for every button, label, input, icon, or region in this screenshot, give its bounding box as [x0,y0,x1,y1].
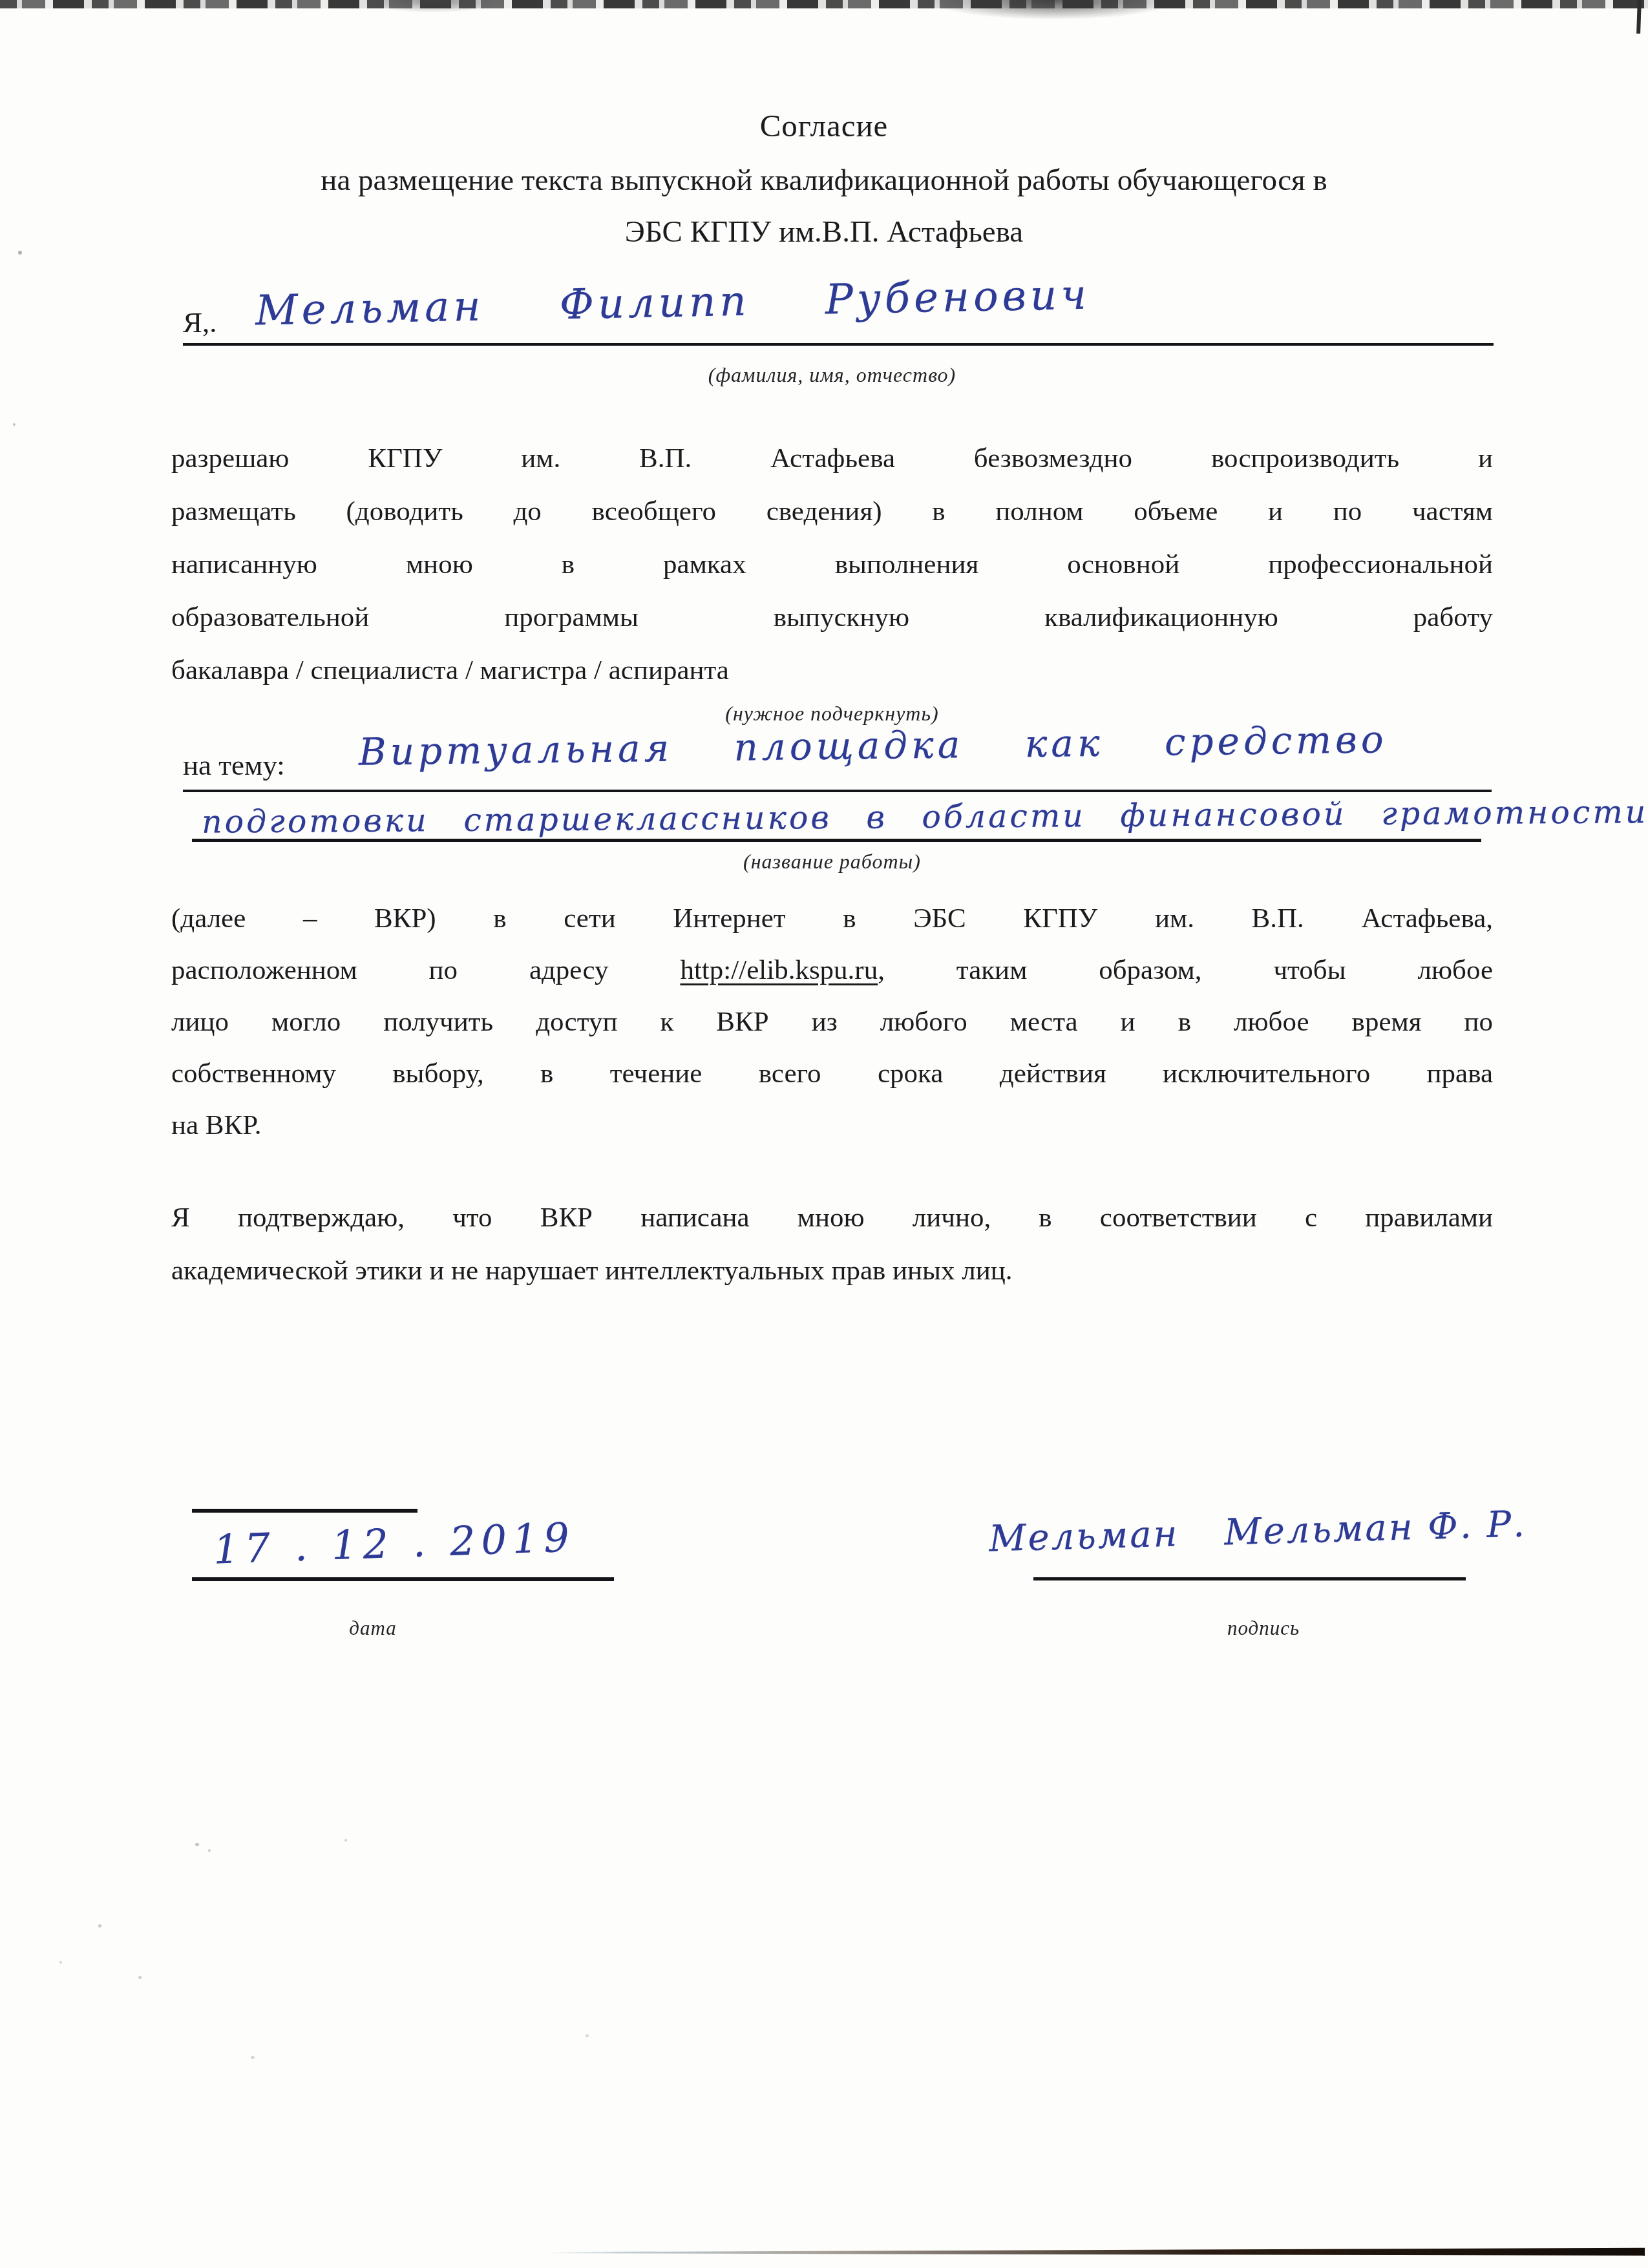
internet-line-post: , таким образом, чтобы любое [878,955,1493,985]
handwritten-date: 17 . 12 . 2019 [213,1513,576,1573]
handwritten-topic-line2: подготовки старшеклассников в области фи… [202,793,1648,841]
pronoun-label: Я,. [183,306,217,339]
date-underline [192,1577,614,1581]
date-label: дата [276,1617,470,1640]
scanner-edge-band-top [0,0,1648,8]
permission-line: написанную мною в рамках выполнения осно… [171,538,1493,591]
permission-line: разрешаю КГПУ им. В.П. Астафьева безвозм… [171,432,1493,485]
signature-underline [1033,1577,1466,1580]
paper-speck [251,2056,255,2059]
internet-line: лицо могло получить доступ к ВКР из любо… [171,996,1493,1048]
paper-speck [208,1849,211,1852]
permission-line: размещать (доводить до всеобщего сведени… [171,485,1493,538]
permission-paragraph: разрешаю КГПУ им. В.П. Астафьева безвозм… [171,432,1493,697]
document-subtitle-line1: на размещение текста выпускной квалифика… [0,163,1648,198]
paper-speck [586,2034,589,2037]
handwritten-signature: МельманМельман Ф. Р. [988,1503,1527,1560]
document-title: Согласие [0,107,1648,144]
permission-line: бакалавра / специалиста / магистра / асп… [171,644,1493,697]
signature-transcript: Мельман Ф. Р. [1223,1503,1527,1553]
paper-speck [138,1976,142,1979]
signature-scrawl: Мельман [988,1513,1179,1560]
signature-gap [1179,1544,1225,1546]
name-underline [183,343,1494,346]
elib-url-text: http://elib.kspu.ru [680,955,878,985]
internet-line: собственному выбору, в течение всего сро… [171,1048,1493,1100]
name-caption: (фамилия, имя, отчество) [171,363,1493,387]
signature-label: подпись [1167,1617,1360,1640]
confirmation-paragraph: Я подтверждаю, что ВКР написана мною лич… [171,1192,1493,1297]
document-subtitle-line2: ЭБС КГПУ им.В.П. Астафьева [0,215,1648,249]
paper-speck [59,1961,62,1964]
paper-speck [344,1839,347,1842]
topic-underline-2 [192,839,1481,842]
paper-speck [18,251,22,255]
scanner-smudge [362,0,504,13]
confirmation-line: академической этики и не нарушает интелл… [171,1244,1493,1297]
scanner-edge-line-bottom [546,2247,1645,2256]
topic-caption: (название работы) [171,850,1493,874]
paper-speck [13,423,16,426]
permission-line: образовательной программы выпускную квал… [171,591,1493,644]
internet-paragraph: (далее – ВКР) в сети Интернет в ЭБС КГПУ… [171,893,1493,1151]
paper-speck [195,1843,199,1846]
confirmation-line: Я подтверждаю, что ВКР написана мною лич… [171,1192,1493,1244]
topic-label: на тему: [183,748,285,782]
internet-line: расположенном по адресу http://elib.kspu… [171,945,1493,996]
scanned-consent-page: Согласие на размещение текста выпускной … [0,0,1648,2268]
date-overline [192,1509,417,1513]
internet-line-pre: расположенном по адресу [171,955,680,985]
internet-line: (далее – ВКР) в сети Интернет в ЭБС КГПУ… [171,893,1493,945]
internet-line: на ВКР. [171,1100,1493,1151]
scanner-edge-tick [1636,0,1642,34]
paper-speck [98,1924,101,1927]
scanner-smudge [931,0,1176,19]
handwritten-full-name: Мельман Филипп Рубенович [255,271,1090,335]
handwritten-topic-line1: Виртуальная площадка как средство [359,717,1388,773]
topic-underline-1 [183,790,1492,792]
